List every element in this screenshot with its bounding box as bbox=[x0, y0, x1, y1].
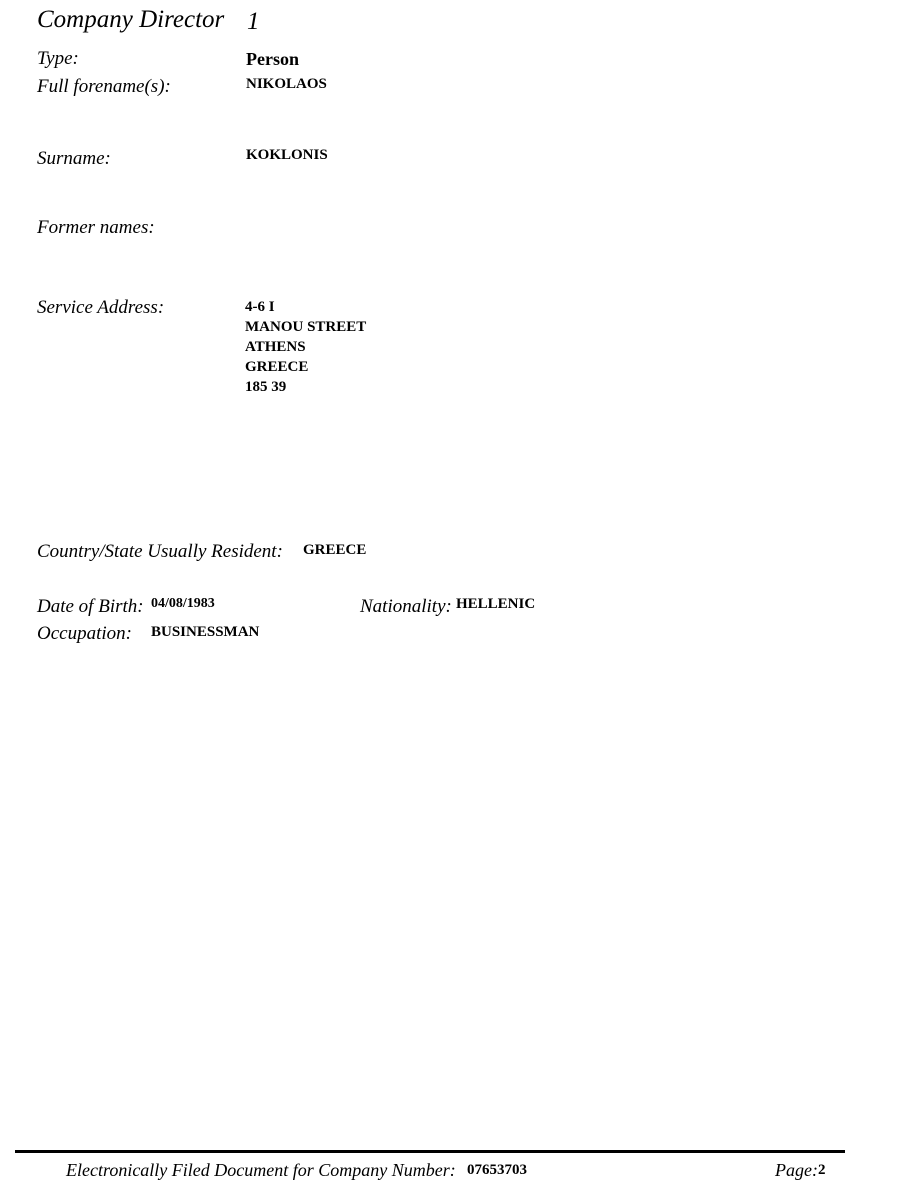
nationality-label: Nationality: bbox=[360, 596, 452, 618]
dob-label: Date of Birth: bbox=[37, 596, 144, 618]
nationality-value: HELLENIC bbox=[456, 596, 535, 613]
former-names-label: Former names: bbox=[37, 217, 155, 239]
address-line: 185 39 bbox=[245, 377, 366, 397]
address-line: 4-6 I bbox=[245, 297, 366, 317]
section-title: Company Director bbox=[37, 6, 224, 34]
occupation-value: BUSINESSMAN bbox=[151, 624, 259, 641]
country-resident-value: GREECE bbox=[303, 542, 366, 559]
forenames-value: NIKOLAOS bbox=[246, 76, 327, 93]
service-address-value: 4-6 I MANOU STREET ATHENS GREECE 185 39 bbox=[245, 297, 366, 397]
type-value: Person bbox=[246, 49, 299, 70]
surname-value: KOKLONIS bbox=[246, 147, 328, 164]
forenames-label: Full forename(s): bbox=[37, 76, 171, 98]
footer-text: Electronically Filed Document for Compan… bbox=[66, 1160, 456, 1181]
country-resident-label: Country/State Usually Resident: bbox=[37, 541, 283, 563]
type-label: Type: bbox=[37, 48, 79, 70]
address-line: ATHENS bbox=[245, 337, 366, 357]
service-address-label: Service Address: bbox=[37, 297, 164, 319]
surname-label: Surname: bbox=[37, 148, 111, 170]
footer-divider bbox=[15, 1150, 845, 1153]
dob-value: 04/08/1983 bbox=[151, 596, 215, 612]
address-line: MANOU STREET bbox=[245, 317, 366, 337]
page-number: 2 bbox=[818, 1162, 826, 1179]
company-number: 07653703 bbox=[467, 1162, 527, 1179]
page-label: Page: bbox=[775, 1160, 818, 1181]
occupation-label: Occupation: bbox=[37, 623, 132, 645]
director-number: 1 bbox=[247, 8, 260, 36]
address-line: GREECE bbox=[245, 357, 366, 377]
